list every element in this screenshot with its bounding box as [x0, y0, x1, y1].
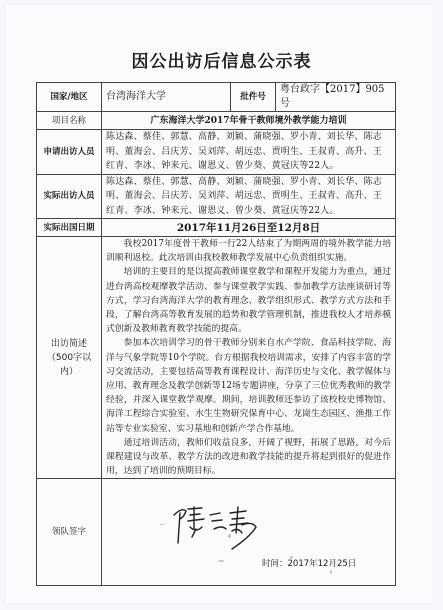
applicants-value: 陈达森、蔡佳、郭慧、高静、刘颖、蒲晓强、罗小青、刘长华、陈志明、董海会、吕庆芳、…	[102, 130, 396, 175]
scan-speck	[160, 524, 165, 525]
date-value: 2017年11月26日至12月8日	[102, 219, 396, 237]
row-country: 国家/地区 台湾海洋大学 批件号 粤台政字【2017】905号	[37, 83, 396, 112]
signature-cell: 时间：2017年12月25日	[102, 479, 396, 586]
summary-paragraph: 通过培训活动，教师们收益良多，开阔了视野，拓展了思路，对今后课程建设与改革、教学…	[106, 436, 391, 479]
summary-paragraph: 培训的主要目的是以提高教师课堂教学和课程开发能力为重点，通过进台湾高校观摩教学活…	[106, 265, 391, 336]
summary-paragraph: 我校2017年度骨干教师一行22人结束了为期两周的境外教学能力培训顺利返校。此次…	[106, 237, 391, 265]
row-applicants: 申请出访人员 陈达森、蔡佳、郭慧、高静、刘颖、蒲晓强、罗小青、刘长华、陈志明、董…	[37, 130, 396, 175]
row-date: 实际出国日期 2017年11月26日至12月8日	[37, 219, 396, 237]
approval-value: 粤台政字【2017】905号	[276, 83, 396, 112]
summary-body: 我校2017年度骨干教师一行22人结束了为期两周的境外教学能力培训顺利返校。此次…	[102, 237, 396, 479]
scan-speck	[228, 534, 231, 538]
row-summary: 出访简述 （500字以内） 我校2017年度骨干教师一行22人结束了为期两周的境…	[37, 237, 396, 479]
row-actual: 实际出访人员 陈达森、蔡佳、郭慧、高静、刘颖、蒲晓强、罗小青、刘长华、陈志明、董…	[37, 174, 396, 219]
scan-speck	[290, 556, 293, 559]
row-project: 项目名称 广东海洋大学2017年骨干教师境外教学能力培训	[37, 112, 396, 130]
summary-label: 出访简述	[41, 337, 97, 351]
actual-value: 陈达森、蔡佳、郭慧、高静、刘颖、蒲晓强、罗小青、刘长华、陈志明、董海会、吕庆芳、…	[102, 174, 396, 219]
scan-speck	[330, 570, 332, 574]
summary-paragraph: 参加本次培训学习的骨干教师分别来自水产学院、食品科技学院、海洋与气象学院等10个…	[106, 336, 391, 435]
leader-label: 领队签字	[37, 479, 102, 586]
handwritten-signature	[172, 503, 262, 553]
project-value: 广东海洋大学2017年骨干教师境外教学能力培训	[102, 112, 396, 130]
row-leader: 领队签字 时间：2017年12月25日	[37, 479, 396, 586]
summary-sublabel: （500字以内）	[41, 351, 97, 379]
country-label: 国家/地区	[37, 83, 102, 112]
disclosure-form-table: 国家/地区 台湾海洋大学 批件号 粤台政字【2017】905号 项目名称 广东海…	[36, 82, 396, 586]
document-title: 因公出访后信息公示表	[0, 47, 443, 72]
actual-label: 实际出访人员	[37, 174, 102, 219]
applicants-label: 申请出访人员	[37, 130, 102, 175]
scan-speck	[218, 560, 224, 562]
project-label: 项目名称	[37, 112, 102, 130]
summary-label-cell: 出访简述 （500字以内）	[37, 237, 102, 479]
date-label: 实际出国日期	[37, 219, 102, 237]
approval-label: 批件号	[231, 83, 276, 112]
country-value: 台湾海洋大学	[102, 83, 231, 112]
sign-date: 时间：2017年12月25日	[262, 557, 356, 571]
